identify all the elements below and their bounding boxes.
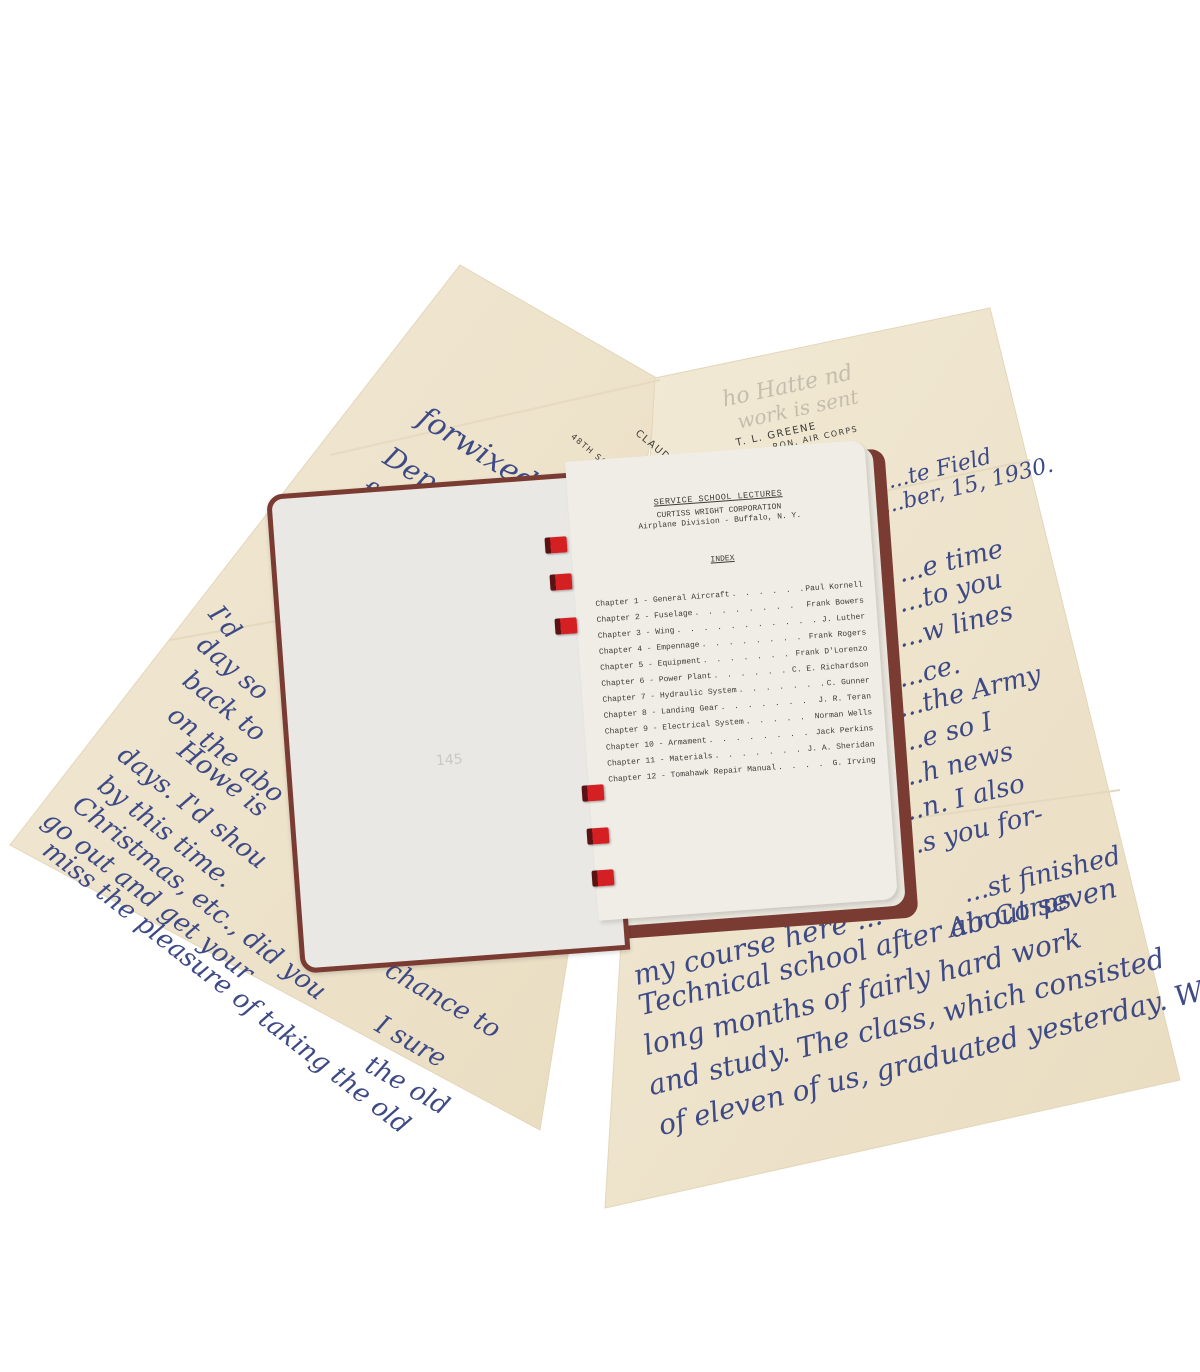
toc-leader-dots: . . . . . . . . . . . . . . . . . . . . …: [731, 585, 803, 599]
binder-clip: [581, 784, 604, 801]
binder-clip: [591, 869, 614, 886]
binder-clip: [549, 573, 572, 590]
toc-list: Chapter 1 - General Aircraft. . . . . . …: [595, 581, 876, 792]
toc-author: G. Irving: [832, 756, 876, 768]
toc-author: C. Gunner: [826, 676, 870, 688]
binder-clip: [586, 827, 609, 844]
toc-chapter: Chapter 1 - General Aircraft: [595, 590, 730, 609]
notebook-right-page: SERVICE SCHOOL LECTURES CURTISS WRIGHT C…: [565, 440, 898, 921]
binder-clip: [554, 617, 577, 634]
page-number-bleed: 145: [435, 751, 463, 769]
toc-author: J. Luther: [822, 612, 866, 624]
photo-scene: CLAUDE 48TH SCHOOL KELLY T. L. GREENE ..…: [0, 0, 1200, 1372]
binder-clip: [544, 536, 567, 553]
toc-index-heading: INDEX: [573, 544, 873, 575]
toc-author: Paul Kornell: [805, 581, 863, 594]
